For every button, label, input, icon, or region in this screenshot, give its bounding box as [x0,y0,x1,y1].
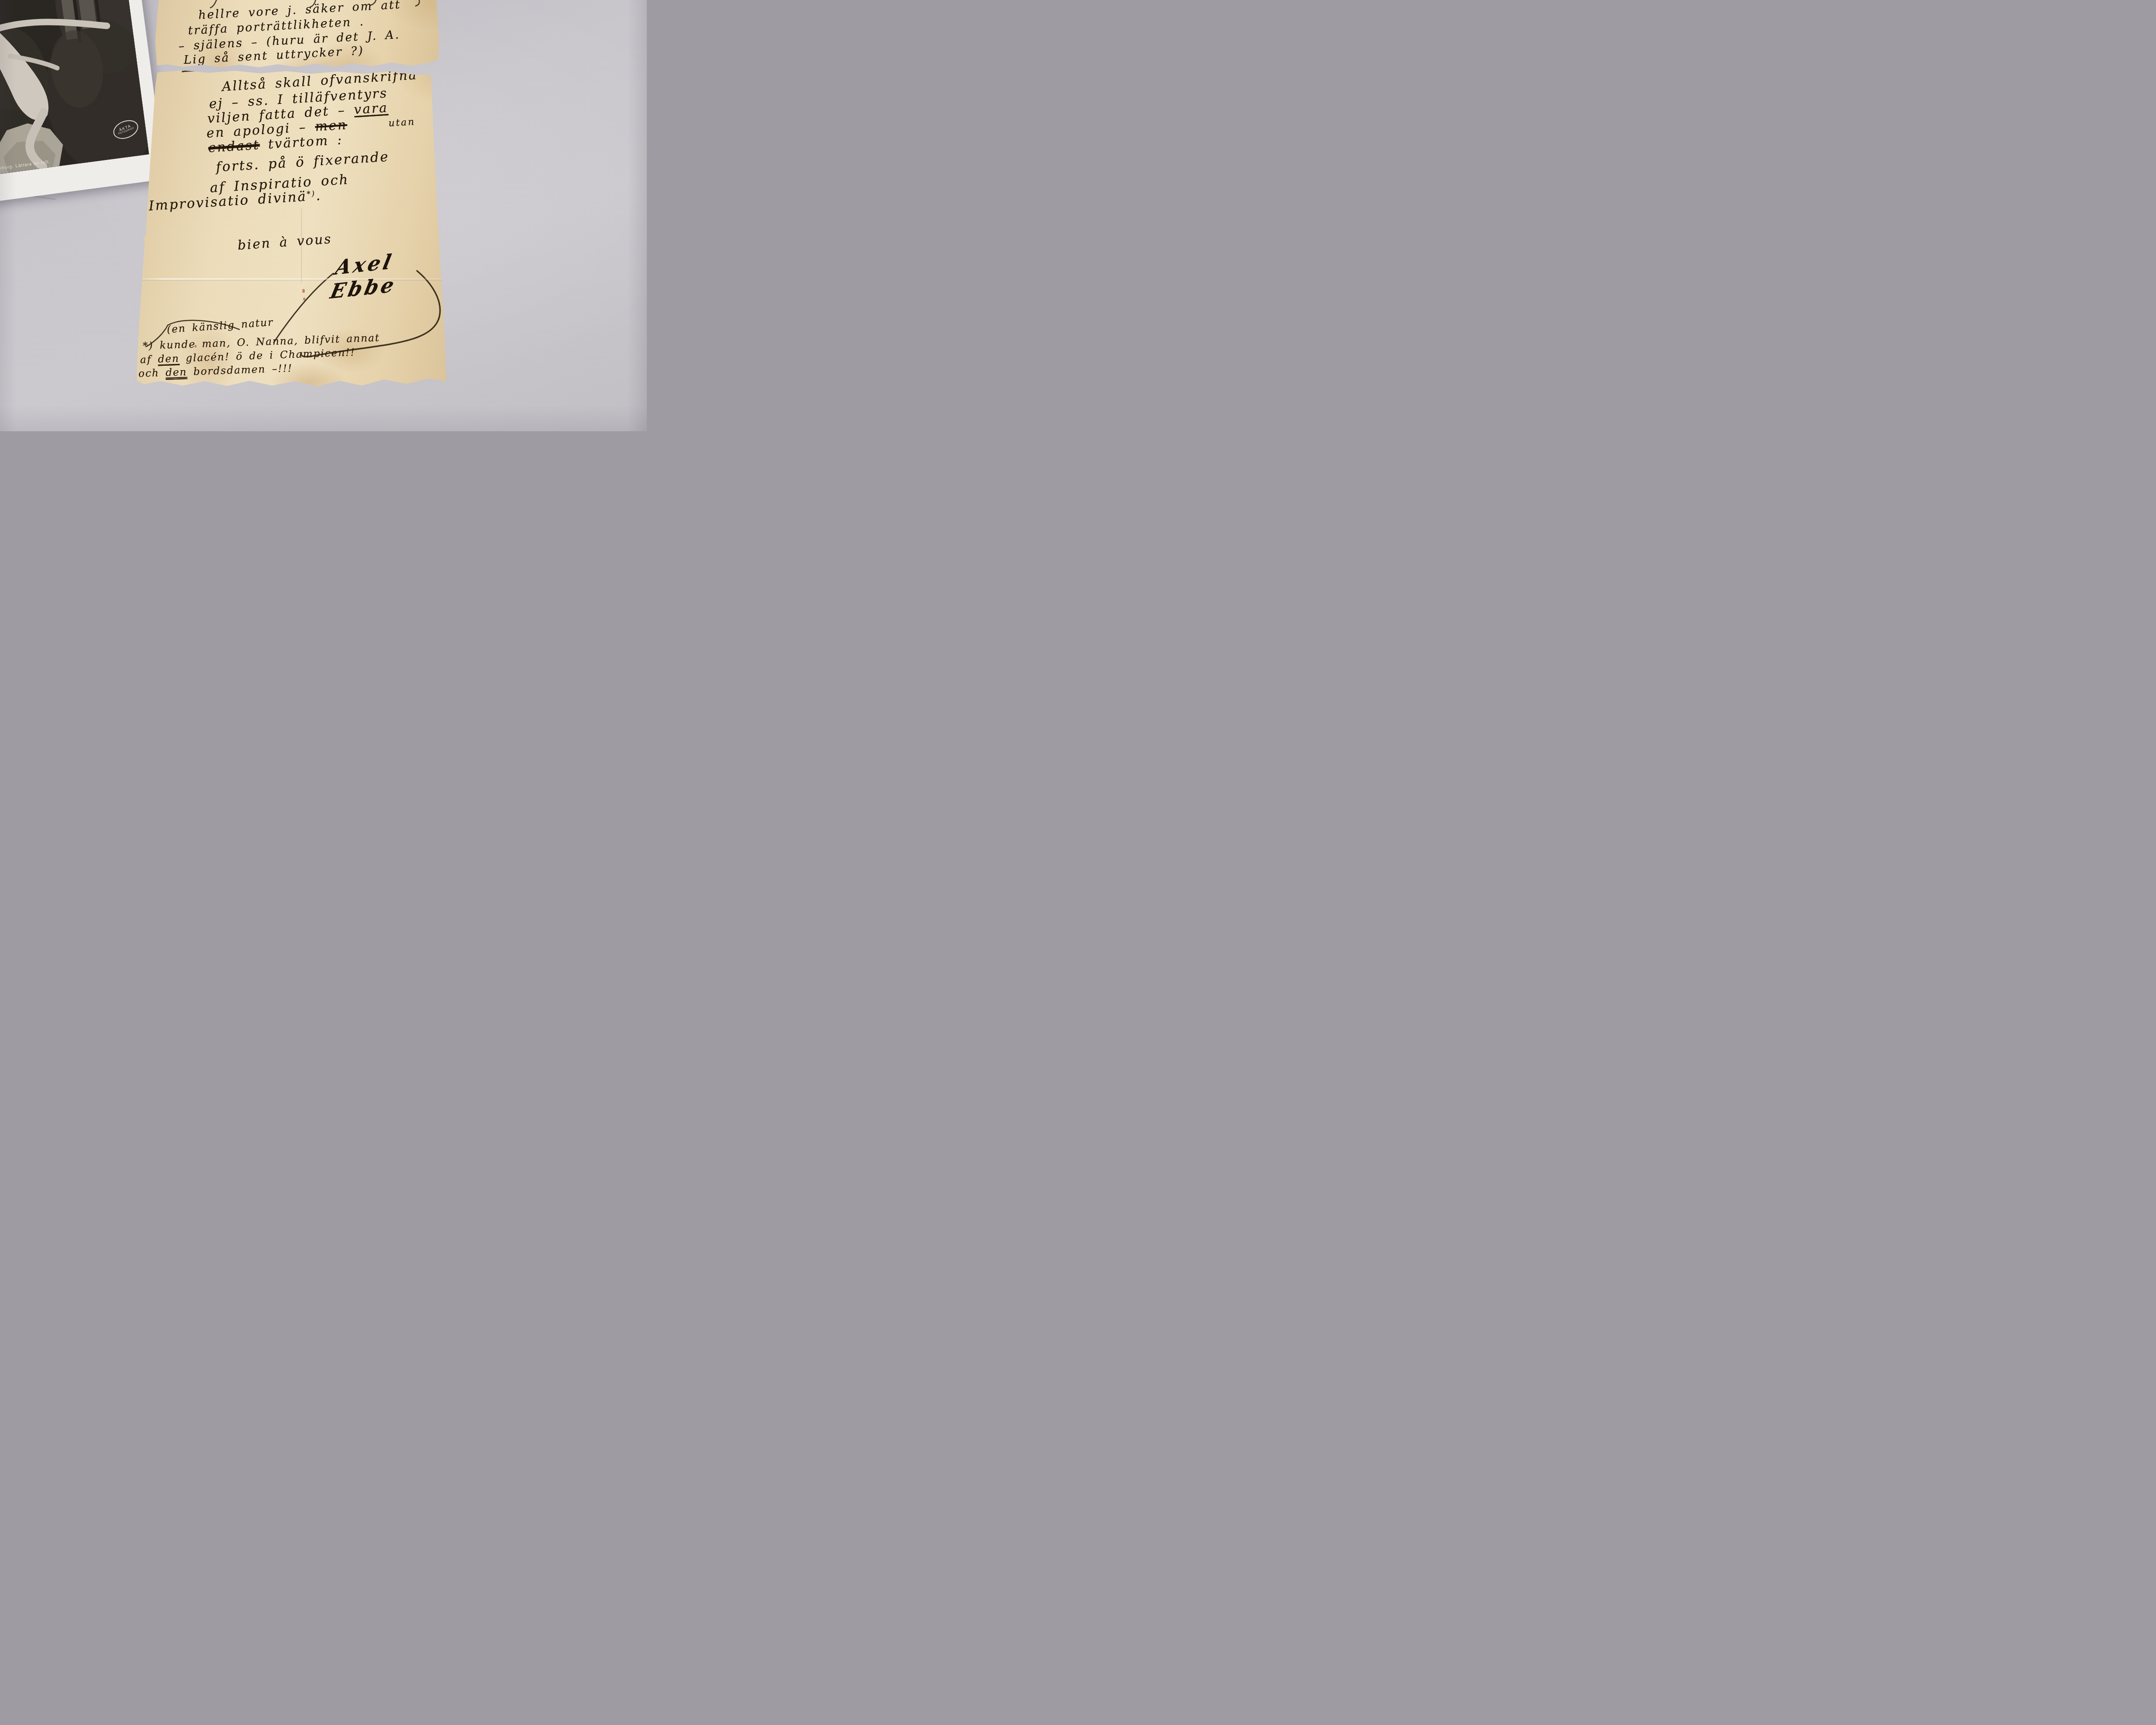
photo-postcard: Trelleborg. Lättare än luft. ÄKTA FOTOGR… [0,0,165,203]
letter-fragment-top: hellre vore j. säker om att träffa portr… [152,0,442,73]
footnote-mark: *) [307,189,316,198]
statue-photo-art [0,0,149,176]
scene: Trelleborg. Lättare än luft. ÄKTA FOTOGR… [0,0,647,431]
underlined-word: den [158,352,180,365]
postscript-note: (en känslig natur [166,316,274,336]
signature-leadin-stroke [274,273,333,342]
struck-word: men [315,117,348,134]
underlined-word: den [165,366,187,379]
closing-line: bien à vous [237,232,332,253]
line-text: af [140,353,158,366]
underlined-word: vara [354,100,389,117]
line-text: bordsdamen –!!! [187,362,293,378]
letter-fragment-main: Alltså skall ofvanskrifna ej – ss. I til… [131,68,453,392]
line-text: . [316,188,322,204]
statue-photo: Trelleborg. Lättare än luft. ÄKTA FOTOGR… [0,0,149,176]
rust-stain [303,298,305,301]
scribbled-word: endast [208,138,260,156]
inserted-word: utan [388,116,416,129]
line-text: och [138,367,166,379]
rust-stain [302,289,305,293]
signature: Axel Ebbe [328,243,458,303]
